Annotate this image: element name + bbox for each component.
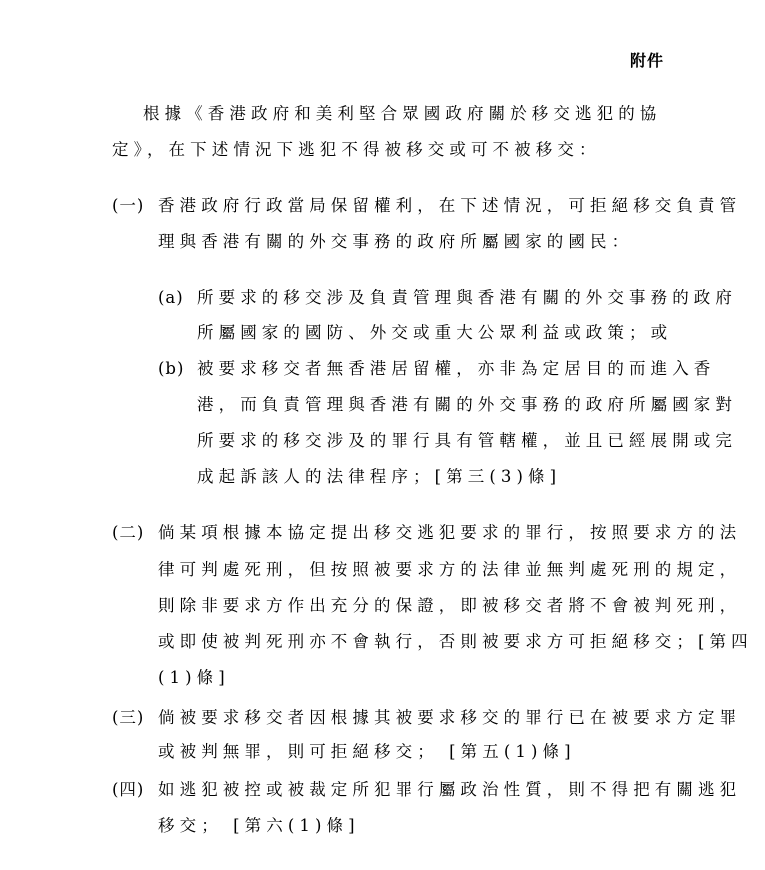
- section-2-line-3: 則除非要求方作出充分的保證，即被移交者將不會被判死刑，: [158, 596, 741, 616]
- section-4-line-2: 移交； [第六(1)條]: [158, 816, 360, 836]
- subitem-b-label: (b): [158, 359, 184, 379]
- section-3-line-1: 倘被要求移交者因根據其被要求移交的罪行已在被要求方定罪: [158, 708, 741, 728]
- section-1-label: (一): [112, 196, 144, 216]
- section-1-line-2: 理與香港有關的外交事務的政府所屬國家的國民：: [158, 232, 633, 252]
- intro-line-1: 根據《香港政府和美利堅合眾國政府關於移交逃犯的協: [143, 104, 661, 124]
- subitem-b-line-1: 被要求移交者無香港居留權，亦非為定居目的而進入香: [197, 359, 715, 379]
- subitem-a-line-1: 所要求的移交涉及負責管理與香港有關的外交事務的政府: [197, 288, 737, 308]
- section-3-label: (三): [112, 708, 144, 728]
- section-2-line-5: (1)條]: [158, 668, 230, 688]
- section-3-line-2: 或被判無罪，則可拒絕移交； [第五(1)條]: [158, 742, 576, 762]
- section-4-line-1: 如逃犯被控或被裁定所犯罪行屬政治性質，則不得把有關逃犯: [158, 780, 741, 800]
- section-2-line-4: 或即使被判死刑亦不會執行，否則被要求方可拒絕移交；[第四: [158, 632, 753, 652]
- subitem-b-line-3: 所要求的移交涉及的罪行具有管轄權，並且已經展開或完: [197, 431, 737, 451]
- section-2-label: (二): [112, 523, 144, 543]
- document-page: 附件 根據《香港政府和美利堅合眾國政府關於移交逃犯的協 定》，在下述情況下逃犯不…: [0, 0, 765, 870]
- annex-label: 附件: [630, 48, 664, 71]
- subitem-a-line-2: 所屬國家的國防、外交或重大公眾利益或政策；或: [197, 323, 672, 343]
- section-2-line-2: 律可判處死刑，但按照被要求方的法律並無判處死刑的規定，: [158, 560, 741, 580]
- section-1-line-1: 香港政府行政當局保留權利，在下述情況，可拒絕移交負責管: [158, 196, 741, 216]
- subitem-b-line-4: 成起訴該人的法律程序；[第三(3)條]: [197, 467, 561, 487]
- subitem-a-label: (a): [158, 288, 184, 308]
- intro-line-2: 定》，在下述情況下逃犯不得被移交或可不被移交：: [112, 140, 601, 160]
- section-2-line-1: 倘某項根據本協定提出移交逃犯要求的罪行，按照要求方的法: [158, 523, 741, 543]
- subitem-b-line-2: 港，而負責管理與香港有關的外交事務的政府所屬國家對: [197, 395, 737, 415]
- section-4-label: (四): [112, 780, 144, 800]
